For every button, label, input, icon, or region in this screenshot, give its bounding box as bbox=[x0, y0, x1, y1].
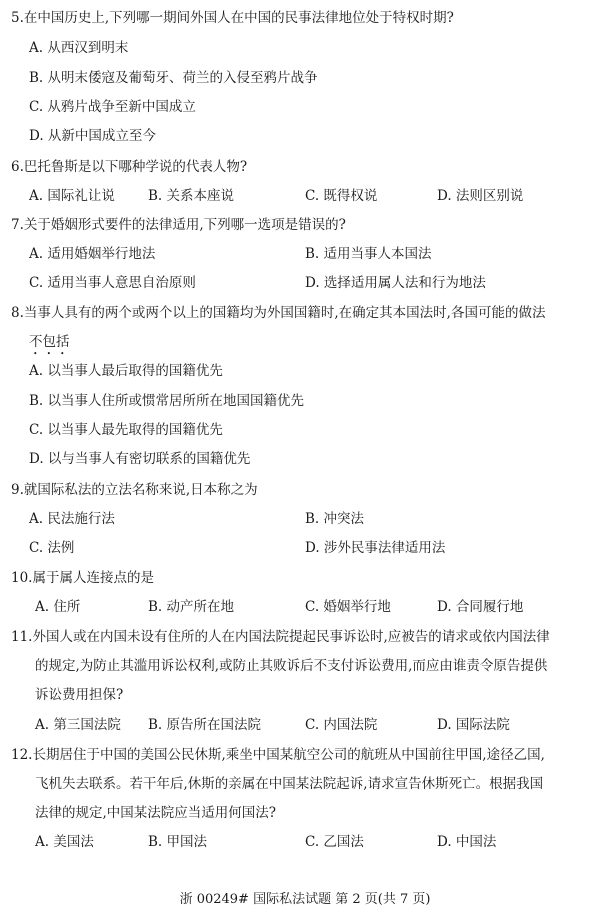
q9-option-d: D. 涉外民事法律适用法 bbox=[305, 539, 445, 557]
q11-option-d: D. 国际法院 bbox=[437, 716, 510, 734]
q10-option-d: D. 合同履行地 bbox=[437, 598, 523, 616]
question-number: 5. bbox=[11, 10, 24, 26]
q5-option-a: A. 从西汉到明末 bbox=[29, 39, 128, 57]
question-9: 9.就国际私法的立法名称来说,日本称之为 bbox=[11, 481, 258, 499]
question-number: 9. bbox=[11, 482, 24, 498]
q9-option-c: C. 法例 bbox=[29, 539, 74, 557]
question-number: 11. bbox=[11, 629, 32, 645]
question-6: 6.巴托鲁斯是以下哪种学说的代表人物? bbox=[11, 158, 247, 176]
question-text-continued: 诉讼费用担保? bbox=[35, 686, 123, 704]
question-number: 12. bbox=[11, 747, 32, 763]
question-text: 外国人或在内国未设有住所的人在内国法院提起民事诉讼时,应被告的请求或依内国法律 bbox=[32, 629, 549, 645]
q6-option-a: A. 国际礼让说 bbox=[29, 187, 115, 205]
page-footer: 浙 00249# 国际私法试题 第 2 页(共 7 页) bbox=[0, 891, 610, 909]
question-text: 在中国历史上,下列哪一期间外国人在中国的民事法律地位处于特权时期? bbox=[24, 10, 454, 26]
question-text: 属于属人连接点的是 bbox=[32, 570, 154, 586]
question-emphasis: 不包括 bbox=[29, 333, 70, 358]
question-11: 11.外国人或在内国未设有住所的人在内国法院提起民事诉讼时,应被告的请求或依内国… bbox=[11, 628, 550, 646]
q8-option-b: B. 以当事人住所或惯常居所所在地国国籍优先 bbox=[29, 392, 304, 410]
question-5: 5.在中国历史上,下列哪一期间外国人在中国的民事法律地位处于特权时期? bbox=[11, 9, 454, 27]
q7-option-a: A. 适用婚姻举行地法 bbox=[29, 245, 155, 263]
question-text: 长期居住于中国的美国公民休斯,乘坐中国某航空公司的航班从中国前往甲国,途径乙国, bbox=[32, 747, 544, 763]
question-text-continued: 飞机失去联系。若干年后,休斯的亲属在中国某法院起诉,请求宣告休斯死亡。根据我国 bbox=[35, 775, 543, 793]
q5-option-b: B. 从明末倭寇及葡萄牙、荷兰的入侵至鸦片战争 bbox=[29, 69, 318, 87]
q8-option-c: C. 以当事人最先取得的国籍优先 bbox=[29, 421, 223, 439]
q8-option-d: D. 以与当事人有密切联系的国籍优先 bbox=[29, 450, 250, 468]
question-text-continued: 法律的规定,中国某法院应当适用何国法? bbox=[35, 804, 276, 822]
q12-option-d: D. 中国法 bbox=[437, 833, 496, 851]
question-text: 当事人具有的两个或两个以上的国籍均为外国国籍时,在确定其本国法时,各国可能的做法 bbox=[24, 305, 546, 321]
q5-option-d: D. 从新中国成立至今 bbox=[29, 127, 156, 145]
q12-option-a: A. 美国法 bbox=[35, 833, 94, 851]
q6-option-b: B. 关系本座说 bbox=[148, 187, 234, 205]
q10-option-b: B. 动产所在地 bbox=[148, 598, 234, 616]
q11-option-b: B. 原告所在国法院 bbox=[148, 716, 261, 734]
q8-option-a: A. 以当事人最后取得的国籍优先 bbox=[29, 362, 223, 380]
q11-option-c: C. 内国法院 bbox=[305, 716, 377, 734]
q12-option-c: C. 乙国法 bbox=[305, 833, 364, 851]
question-number: 8. bbox=[11, 305, 24, 321]
question-10: 10.属于属人连接点的是 bbox=[11, 569, 154, 587]
question-text: 巴托鲁斯是以下哪种学说的代表人物? bbox=[24, 159, 247, 175]
q9-option-a: A. 民法施行法 bbox=[29, 510, 115, 528]
q11-option-a: A. 第三国法院 bbox=[35, 716, 121, 734]
q7-option-c: C. 适用当事人意思自治原则 bbox=[29, 274, 196, 292]
q12-option-b: B. 甲国法 bbox=[148, 833, 207, 851]
question-8: 8.当事人具有的两个或两个以上的国籍均为外国国籍时,在确定其本国法时,各国可能的… bbox=[11, 304, 545, 322]
question-text-continued: 的规定,为防止其滥用诉讼权利,或防止其败诉后不支付诉讼费用,而应由谁责令原告提供 bbox=[35, 657, 547, 675]
question-number: 6. bbox=[11, 159, 24, 175]
question-text: 就国际私法的立法名称来说,日本称之为 bbox=[24, 482, 258, 498]
q6-option-d: D. 法则区别说 bbox=[437, 187, 523, 205]
question-number: 7. bbox=[11, 217, 24, 233]
q7-option-b: B. 适用当事人本国法 bbox=[305, 245, 432, 263]
q5-option-c: C. 从鸦片战争至新中国成立 bbox=[29, 98, 196, 116]
q10-option-c: C. 婚姻举行地 bbox=[305, 598, 391, 616]
question-number: 10. bbox=[11, 570, 32, 586]
question-7: 7.关于婚姻形式要件的法律适用,下列哪一选项是错误的? bbox=[11, 216, 346, 234]
question-text: 关于婚姻形式要件的法律适用,下列哪一选项是错误的? bbox=[24, 217, 346, 233]
q9-option-b: B. 冲突法 bbox=[305, 510, 364, 528]
q7-option-d: D. 选择适用属人法和行为地法 bbox=[305, 274, 486, 292]
q10-option-a: A. 住所 bbox=[35, 598, 80, 616]
question-12: 12.长期居住于中国的美国公民休斯,乘坐中国某航空公司的航班从中国前往甲国,途径… bbox=[11, 746, 545, 764]
q6-option-c: C. 既得权说 bbox=[305, 187, 377, 205]
